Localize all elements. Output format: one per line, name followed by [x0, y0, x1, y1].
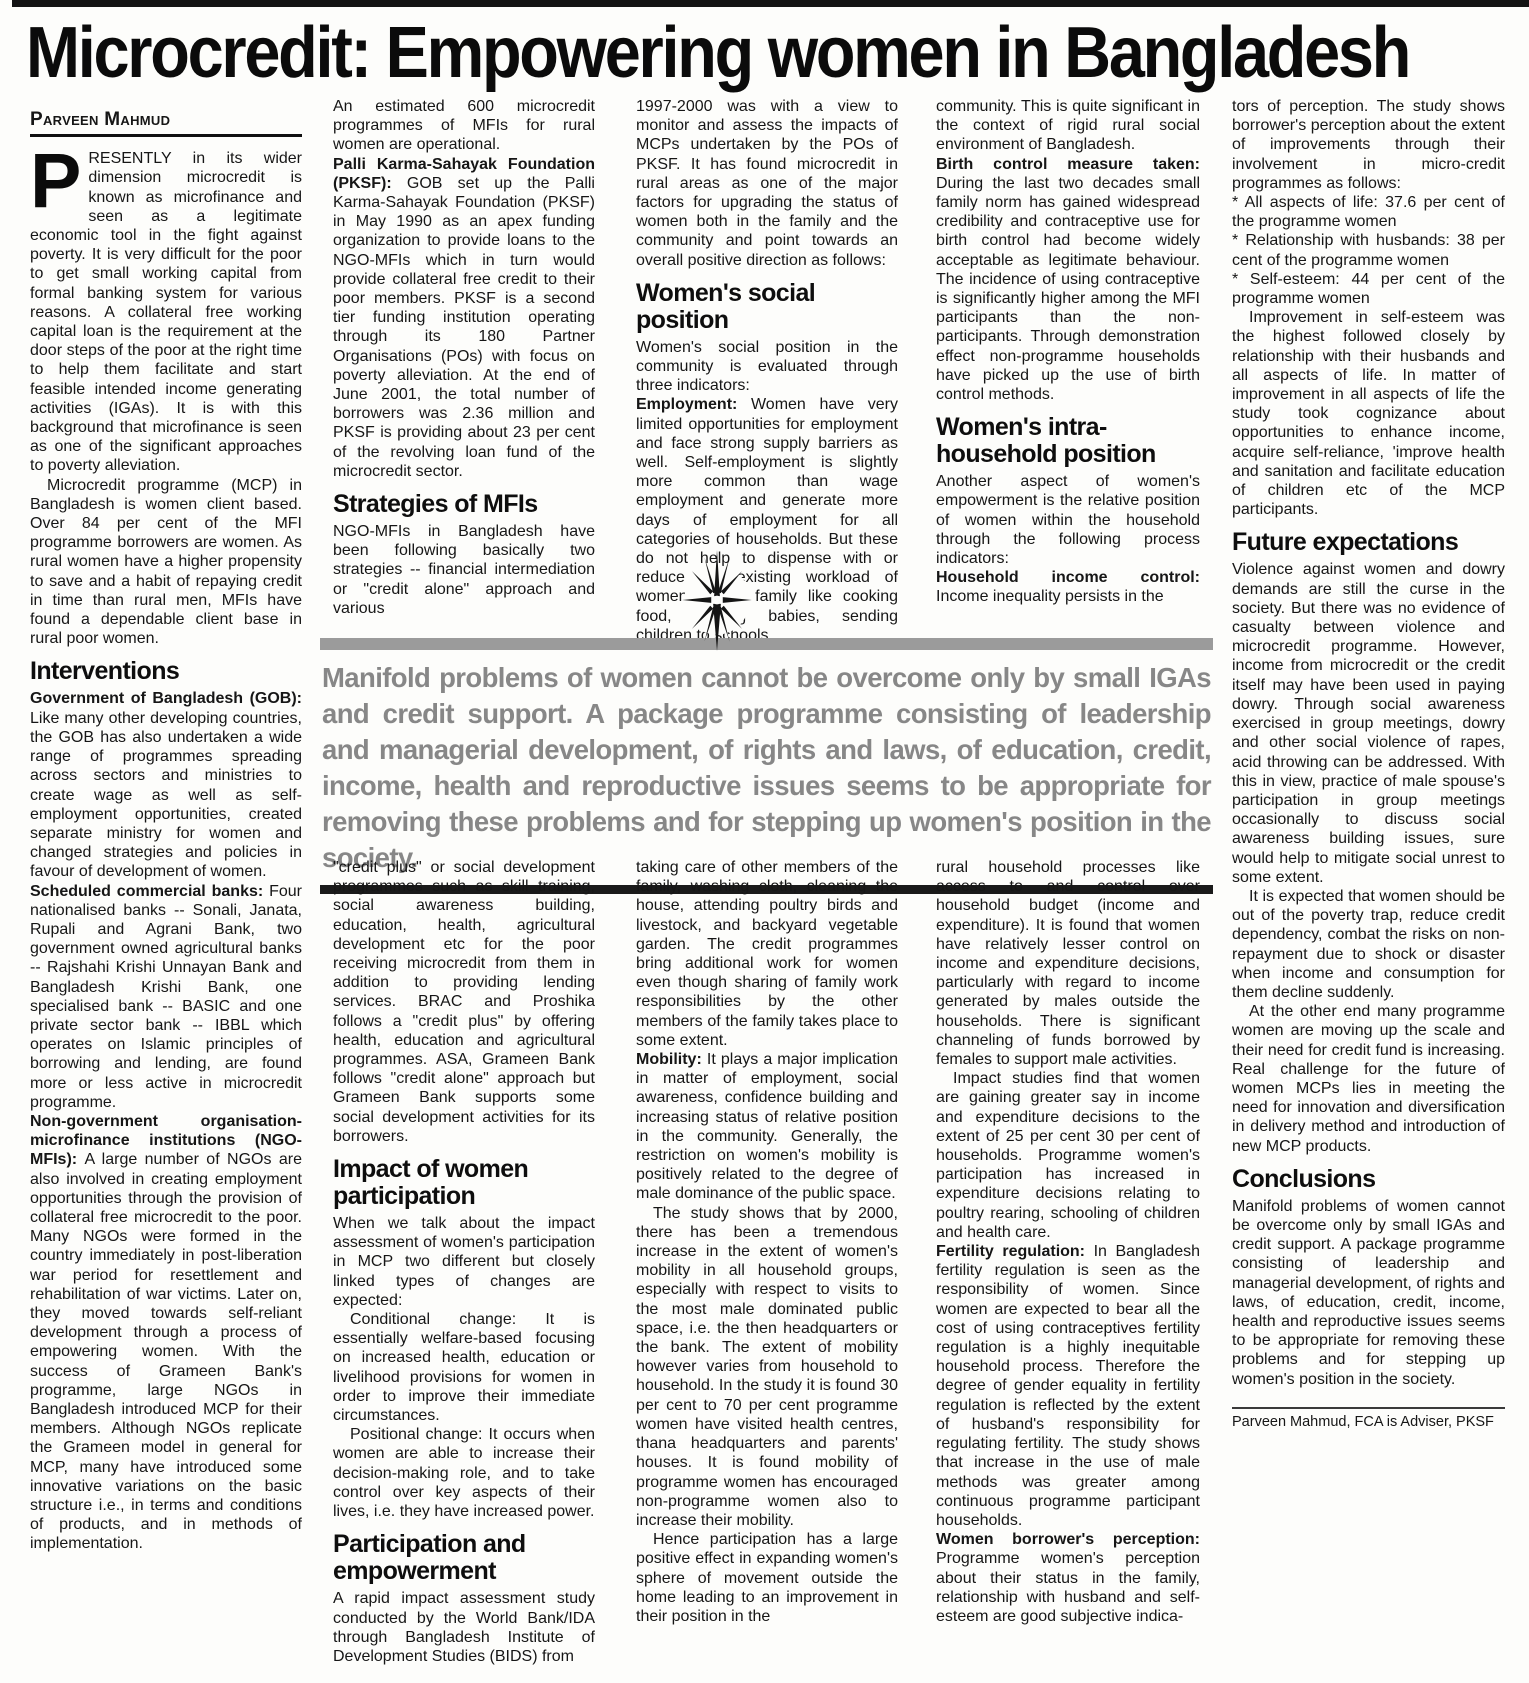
paragraph: Household income control: Income inequal…	[936, 568, 1200, 606]
pull-quote: Manifold problems of women cannot be ove…	[320, 638, 1213, 894]
paragraph-lead: Mobility:	[636, 1051, 707, 1068]
paragraph: When we talk about the impact assessment…	[333, 1214, 595, 1310]
paragraph: rural household processes like access to…	[936, 858, 1200, 1069]
paragraph: taking care of other members of the fami…	[636, 858, 898, 1050]
section-heading: Interventions	[30, 658, 302, 685]
paragraph-lead: Scheduled commercial banks:	[30, 883, 269, 900]
paragraph-lead: Fertility regulation:	[936, 1243, 1094, 1260]
paragraph-text: Income inequality persists in the	[936, 588, 1164, 605]
paragraph-text: Like many other developing countries, th…	[30, 710, 302, 881]
paragraph: Women's social position in the community…	[636, 338, 898, 396]
paragraph: Employment: Women have very limited oppo…	[636, 395, 898, 638]
paragraph: Impact studies find that women are gaini…	[936, 1069, 1200, 1242]
section-heading: Participation and empowerment	[333, 1531, 595, 1585]
paragraph: Palli Karma-Sahayak Foundation (PKSF): G…	[333, 155, 595, 481]
bullet-item: * Relationship with husbands: 38 per cen…	[1232, 231, 1505, 269]
paragraph: Women borrower's perception: Programme w…	[936, 1530, 1200, 1626]
paragraph: Mobility: It plays a major implication i…	[636, 1050, 898, 1204]
paragraph: Manifold problems of women cannot be ove…	[1232, 1197, 1505, 1389]
drop-cap: P	[30, 149, 88, 210]
column-1: Parveen Mahmud PRESENTLY in its wider di…	[30, 110, 302, 1680]
paragraph: An estimated 600 microcredit programmes …	[333, 97, 595, 155]
paragraph-text: It plays a major implication in matter o…	[636, 1051, 898, 1202]
page-top-rule	[12, 0, 1529, 7]
paragraph: It is expected that women should be out …	[1232, 887, 1505, 1002]
paragraph: Fertility regulation: In Bangladesh fert…	[936, 1242, 1200, 1530]
paragraph: Government of Bangladesh (GOB): Like man…	[30, 689, 302, 881]
paragraph: Hence participation has a large positive…	[636, 1530, 898, 1626]
paragraph-lead: Employment:	[636, 396, 751, 413]
column-5: tors of perception. The study shows borr…	[1232, 97, 1505, 1679]
paragraph: "credit plus" or social development prog…	[333, 858, 595, 1146]
paragraph-lead: Women borrower's perception:	[936, 1531, 1200, 1548]
section-heading: Strategies of MFIs	[333, 491, 595, 518]
column-3-lower: taking care of other members of the fami…	[636, 858, 898, 1680]
paragraph-text: During the last two decades small family…	[936, 175, 1200, 403]
paragraph: Another aspect of women's empowerment is…	[936, 472, 1200, 568]
paragraph-lead: Household income control:	[936, 569, 1200, 586]
byline: Parveen Mahmud	[30, 110, 302, 129]
paragraph: NGO-MFIs in Bangladesh have been followi…	[333, 522, 595, 618]
bullet-item: * Self-esteem: 44 per cent of the progra…	[1232, 270, 1505, 308]
paragraph-lead: Birth control measure taken:	[936, 156, 1200, 173]
paragraph: A rapid impact assessment study conducte…	[333, 1589, 595, 1666]
paragraph: Violence against women and dowry demands…	[1232, 560, 1505, 886]
starburst-icon	[678, 548, 756, 652]
section-heading: Women's social position	[636, 280, 898, 334]
footer-rule	[1232, 1407, 1505, 1409]
paragraph: Positional change: It occurs when women …	[333, 1425, 595, 1521]
section-heading: Future expectations	[1232, 529, 1505, 556]
section-heading: Impact of women participation	[333, 1156, 595, 1210]
column-3-upper: 1997-2000 was with a view to monitor and…	[636, 97, 898, 638]
paragraph: Conditional change: It is essentially we…	[333, 1310, 595, 1425]
paragraph: Improvement in self-esteem was the highe…	[1232, 308, 1505, 519]
author-credit: Parveen Mahmud, FCA is Adviser, PKSF	[1232, 1414, 1505, 1431]
column-4-upper: community. This is quite significant in …	[936, 97, 1200, 638]
paragraph: community. This is quite significant in …	[936, 97, 1200, 155]
column-2-lower: "credit plus" or social development prog…	[333, 858, 595, 1680]
paragraph: tors of perception. The study shows borr…	[1232, 97, 1505, 193]
paragraph-text: Programme women's perception about their…	[936, 1550, 1200, 1625]
column-4-lower: rural household processes like access to…	[936, 858, 1200, 1680]
paragraph: Microcredit programme (MCP) in Banglades…	[30, 476, 302, 649]
paragraph: 1997-2000 was with a view to monitor and…	[636, 97, 898, 270]
paragraph: Scheduled commercial banks: Four nationa…	[30, 882, 302, 1112]
section-heading: Conclusions	[1232, 1166, 1505, 1193]
paragraph: The study shows that by 2000, there has …	[636, 1204, 898, 1530]
paragraph-text: In Bangladesh fertility regulation is se…	[936, 1243, 1200, 1529]
pullquote-text: Manifold problems of women cannot be ove…	[322, 660, 1211, 876]
paragraph-lead: Government of Bangladesh (GOB):	[30, 690, 302, 707]
section-heading: Women's intra-household position	[936, 414, 1200, 468]
paragraph-text: Women have very limited opportunities fo…	[636, 396, 898, 638]
paragraph: Birth control measure taken: During the …	[936, 155, 1200, 405]
paragraph: At the other end many programme women ar…	[1232, 1002, 1505, 1156]
column-2-upper: An estimated 600 microcredit programmes …	[333, 97, 595, 638]
pullquote-top-rule	[320, 638, 1213, 650]
paragraph: Non-government organisation-microfinance…	[30, 1112, 302, 1554]
bullet-item: * All aspects of life: 37.6 per cent of …	[1232, 193, 1505, 231]
paragraph-text: A large number of NGOs are also involved…	[30, 1151, 302, 1552]
page-title: Microcredit: Empowering women in Banglad…	[26, 12, 1409, 94]
paragraph-text: Four nationalised banks -- Sonali, Janat…	[30, 883, 302, 1111]
byline-rule	[30, 134, 302, 137]
paragraph: PRESENTLY in its wider dimension microcr…	[30, 149, 302, 475]
paragraph-text: GOB set up the Palli Karma-Sahayak Found…	[333, 175, 595, 480]
